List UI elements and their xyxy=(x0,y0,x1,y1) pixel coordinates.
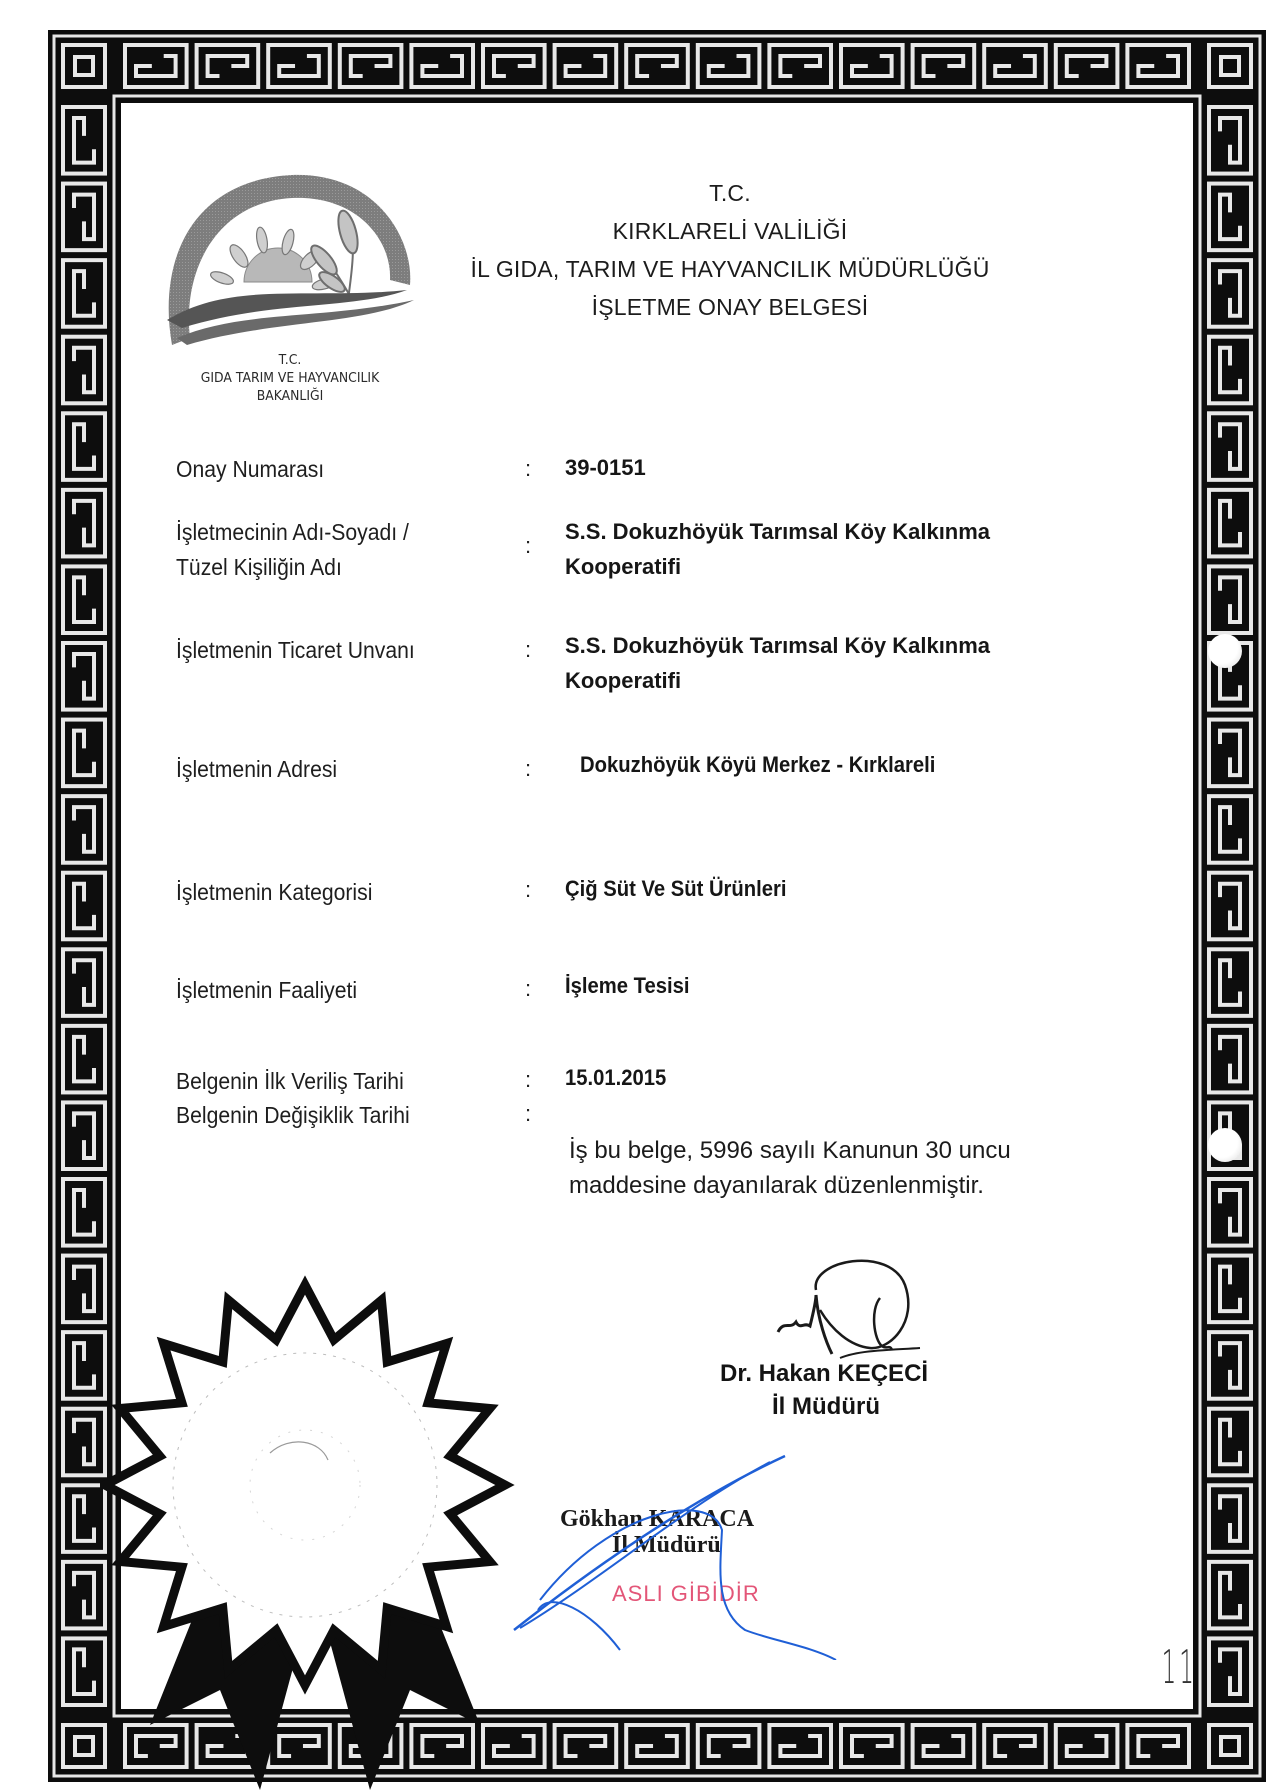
field-value-trade-name-2: Kooperatifi xyxy=(565,663,681,698)
field-label-approval-number: Onay Numarası xyxy=(176,452,324,486)
field-value-activity: İşleme Tesisi xyxy=(565,968,690,1003)
logo-caption-line: GIDA TARIM VE HAYVANCILIK xyxy=(161,370,419,386)
signature-mark xyxy=(770,1250,940,1370)
field-colon: : xyxy=(525,456,531,482)
logo-caption-line: BAKANLIĞI xyxy=(161,388,419,404)
field-value-trade-name: S.S. Dokuzhöyük Tarımsal Köy Kalkınma xyxy=(565,628,990,663)
ministry-logo-icon xyxy=(152,160,428,360)
header-line-tc: T.C. xyxy=(430,180,1030,207)
blue-ink-signature xyxy=(510,1450,840,1660)
header-line-governorship: KIRKLARELİ VALİLİĞİ xyxy=(430,218,1030,245)
field-value-operator-name: S.S. Dokuzhöyük Tarımsal Köy Kalkınma xyxy=(565,514,990,549)
field-colon: : xyxy=(525,1067,531,1093)
document-title: İŞLETME ONAY BELGESİ xyxy=(430,294,1030,321)
signatory-title: İl Müdürü xyxy=(772,1393,880,1421)
legal-note-line: maddesine dayanılarak düzenlenmiştir. xyxy=(569,1168,984,1203)
field-value-address: Dokuzhöyük Köyü Merkez - Kırklareli xyxy=(580,747,935,782)
field-label-operator-name-2: Tüzel Kişiliğin Adı xyxy=(176,550,342,584)
field-colon: : xyxy=(525,637,531,663)
field-colon: : xyxy=(525,976,531,1002)
field-colon: : xyxy=(525,756,531,782)
rosette-seal-icon xyxy=(100,1275,530,1790)
field-value-approval-number: 39-0151 xyxy=(565,450,646,485)
field-label-first-issue-date: Belgenin İlk Veriliş Tarihi xyxy=(176,1064,404,1098)
page-number: 11 xyxy=(1162,1640,1197,1694)
field-label-category: İşletmenin Kategorisi xyxy=(176,875,372,909)
field-colon: : xyxy=(525,877,531,903)
logo-caption-line: T.C. xyxy=(161,352,419,368)
header-line-directorate: İL GIDA, TARIM VE HAYVANCILIK MÜDÜRLÜĞÜ xyxy=(430,256,1030,283)
field-value-category: Çiğ Süt Ve Süt Ürünleri xyxy=(565,871,787,906)
field-colon: : xyxy=(525,1101,531,1127)
field-label-activity: İşletmenin Faaliyeti xyxy=(176,973,357,1007)
legal-note-line: İş bu belge, 5996 sayılı Kanunun 30 uncu xyxy=(569,1133,1011,1168)
field-colon: : xyxy=(525,533,531,559)
field-value-operator-name-2: Kooperatifi xyxy=(565,549,681,584)
field-label-operator-name: İşletmecinin Adı-Soyadı / xyxy=(176,515,409,549)
signatory-name: Dr. Hakan KEÇECİ xyxy=(720,1360,928,1388)
field-value-first-issue-date: 15.01.2015 xyxy=(565,1060,666,1095)
punch-hole xyxy=(1208,634,1242,668)
field-label-trade-name: İşletmenin Ticaret Unvanı xyxy=(176,633,415,667)
punch-hole xyxy=(1208,1128,1242,1162)
field-label-address: İşletmenin Adresi xyxy=(176,752,337,786)
field-label-modification-date: Belgenin Değişiklik Tarihi xyxy=(176,1098,410,1132)
